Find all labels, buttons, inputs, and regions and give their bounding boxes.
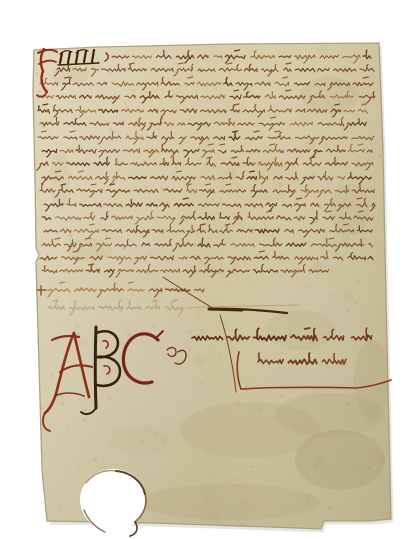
- manuscript-photo: [0, 0, 409, 539]
- parchment-scene: [0, 0, 409, 539]
- parchment-hole: [80, 469, 146, 536]
